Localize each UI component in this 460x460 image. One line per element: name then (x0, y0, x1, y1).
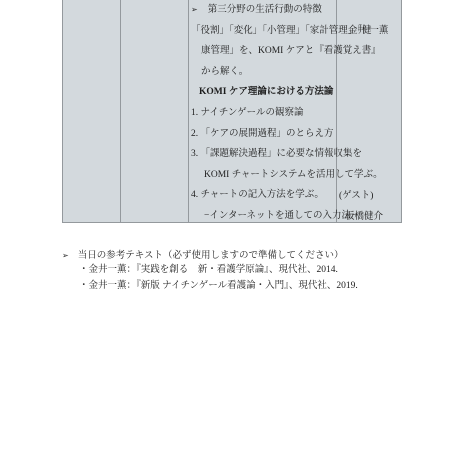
reference-item: ・金井一薫：『新版 ナイチンゲール看護論・入門』、現代社、2019. (79, 279, 358, 294)
document-page: ➢第三分野の生活行動の特徴 「役割」「変化」「小管理」「家計管理」「健 康管理」… (0, 0, 460, 460)
continuation-line: KOMI チャートシステムを活用して学ぶ。 (191, 165, 336, 186)
topic-text: 第三分野の生活行動の特徴 (208, 5, 322, 15)
reference-item: ・金井一薫：『実践を創る 新・看護学原論』、現代社、2014. (79, 263, 338, 278)
numbered-item-line: 3. 「課題解決過程」に必要な情報収集を (191, 144, 336, 165)
continuation-line: −インターネットを通しての入力法− (191, 206, 336, 227)
guest-label: (ゲスト) (339, 190, 373, 202)
references-heading-text: 当日の参考テキスト（必ず使用しますので準備してください） (78, 251, 344, 261)
numbered-item-line: 4. チャートの記入方法を学ぶ。 (191, 185, 336, 206)
numbered-item-line: 2. 「ケアの展開過程」のとらえ方 (191, 124, 336, 145)
arrow-bullet-icon: ➢ (191, 5, 198, 14)
session-content-cell: ➢第三分野の生活行動の特徴 「役割」「変化」「小管理」「家計管理」「健 康管理」… (191, 0, 336, 227)
content-line: 康管理」を、KOMI ケアと『看護覚え書』 (191, 41, 336, 62)
numbered-item-line: 1. ナイチンゲールの観察論 (191, 103, 336, 124)
arrow-bullet-icon: ➢ (62, 251, 69, 260)
content-line: 「役割」「変化」「小管理」「家計管理」「健 (191, 21, 336, 42)
lecture-schedule-table: ➢第三分野の生活行動の特徴 「役割」「変化」「小管理」「家計管理」「健 康管理」… (62, 0, 402, 223)
section-heading-line: KOMI ケア理論における方法論 (191, 82, 336, 103)
guest-name: 板橋健介 (345, 211, 383, 223)
table-right-border (401, 0, 402, 223)
references-heading-line: ➢当日の参考テキスト（必ず使用しますので準備してください） (62, 248, 344, 264)
content-line: から解く。 (191, 62, 336, 83)
topic-line: ➢第三分野の生活行動の特徴 (191, 0, 336, 21)
table-column-divider (120, 0, 121, 223)
table-column-divider (188, 0, 189, 223)
instructor-name: 金井 一薫 (348, 25, 388, 37)
table-left-border (62, 0, 63, 223)
